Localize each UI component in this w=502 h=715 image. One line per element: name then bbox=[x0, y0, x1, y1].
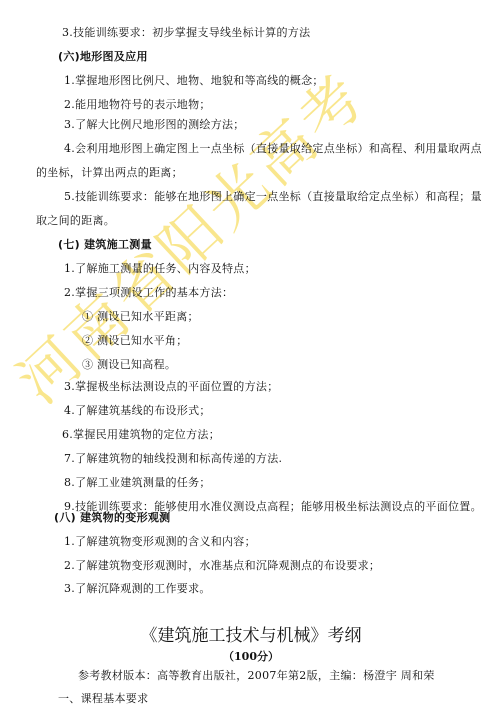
sub-list-item: ② 测设已知水平角； bbox=[82, 334, 188, 348]
reference-textbook: 参考教材版本：高等教育出版社，2007年第2版，主编：杨澄宇 周和荣 bbox=[78, 669, 435, 683]
list-item: 7.了解建筑物的轴线投测和标高传递的方法. bbox=[64, 452, 282, 466]
list-item-continuation: 取之间的距离。 bbox=[36, 214, 115, 228]
list-item: 6.掌握民用建筑物的定位方法； bbox=[62, 428, 220, 442]
list-item: 4.了解建筑基线的布设形式； bbox=[64, 404, 211, 418]
section-heading-1: 一、课程基本要求 bbox=[58, 692, 148, 706]
syllabus-title: 《建筑施工技术与机械》考纲 bbox=[0, 621, 502, 646]
list-item: 8.了解工业建筑测量的任务； bbox=[64, 476, 211, 490]
section-heading-8: (八) 建筑物的变形观测 bbox=[54, 511, 170, 525]
list-item: 3.掌握极坐标法测设点的平面位置的方法； bbox=[64, 380, 279, 394]
list-item: 1.了解施工测量的任务、内容及特点； bbox=[64, 262, 256, 276]
list-item: 5.技能训练要求：能够在地形图上确定一点坐标（直接量取给定点坐标）和高程；量 bbox=[64, 190, 482, 204]
section-heading-7: (七) 建筑施工测量 bbox=[58, 238, 152, 252]
list-item: 3.了解沉降观测的工作要求。 bbox=[64, 582, 211, 596]
list-item: 3.了解大比例尺地形图的测绘方法； bbox=[64, 118, 245, 132]
list-item: 4.会利用地形图上确定图上一点坐标（直接量取给定点坐标）和高程、利用量取两点 bbox=[64, 142, 482, 156]
skill-requirement-line: 3.技能训练要求：初步掌握支导线坐标计算的方法 bbox=[62, 26, 310, 40]
sub-list-item: ③ 测设已知高程。 bbox=[82, 358, 176, 372]
list-item: 2.掌握三项测设工作的基本方法： bbox=[64, 286, 233, 300]
list-item: 1.掌握地形图比例尺、地物、地貌和等高线的概念； bbox=[64, 74, 324, 88]
sub-list-item: ① 测设已知水平距离； bbox=[82, 310, 199, 324]
list-item-continuation: 的坐标，计算出两点的距离； bbox=[36, 166, 183, 180]
list-item: 1.了解建筑物变形观测的含义和内容； bbox=[64, 535, 256, 549]
syllabus-score: （100分） bbox=[0, 648, 502, 664]
list-item: 2.了解建筑物变形观测时，水准基点和沉降观测点的布设要求； bbox=[64, 559, 380, 573]
section-heading-6: (六)地形图及应用 bbox=[58, 50, 148, 64]
list-item: 2.能用地物符号的表示地物； bbox=[64, 98, 211, 112]
